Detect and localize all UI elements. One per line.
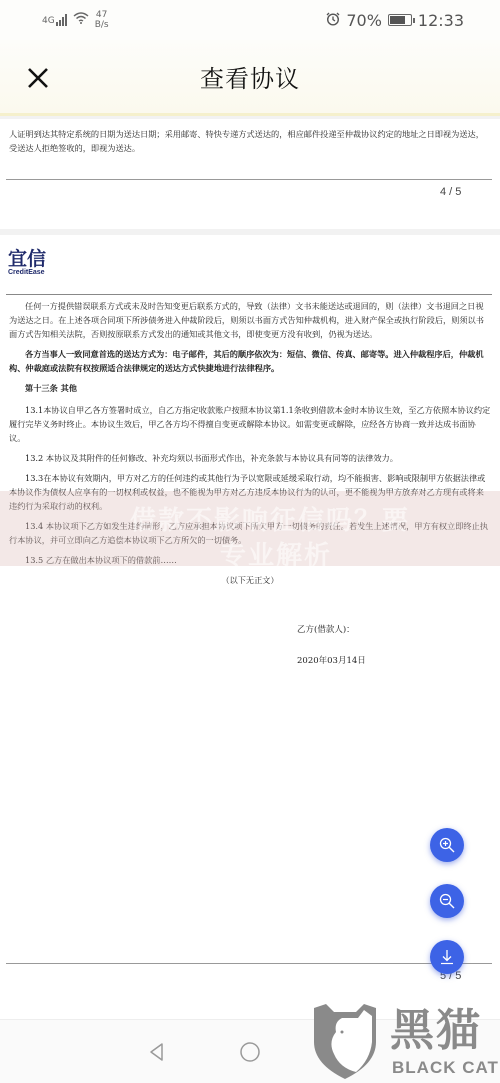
zoom-in-icon (438, 836, 456, 854)
page-number: 4 / 5 (440, 186, 461, 198)
zoom-out-icon (438, 892, 456, 910)
page-divider (6, 179, 492, 180)
clause: 13.3在本协议有效期内，甲方对乙方的任何违约或其他行为予以宽限或延缓采取行动，… (9, 471, 491, 513)
battery-icon (388, 14, 412, 26)
wifi-icon (73, 12, 89, 28)
close-icon (26, 66, 50, 90)
document-page-5: 宜信 CreditEase 任何一方提供错误联系方式或未及时告知变更后联系方式的… (0, 235, 500, 1019)
end-note: （以下无正文） (9, 573, 491, 587)
page-title: 查看协议 (200, 59, 300, 94)
page-divider (6, 963, 492, 964)
clause: 13.5 乙方在做出本协议项下的借款前…… (9, 553, 491, 567)
document-viewer[interactable]: 人证明到达其特定系统的日期为送达日期；采用邮寄、特快专递方式送达的，相应邮件投递… (0, 119, 500, 1019)
back-button[interactable] (144, 1039, 170, 1065)
clause: 13.2 本协议及其附件的任何修改、补充均须以书面形式作出，补充条款与本协议具有… (9, 451, 491, 465)
recents-icon (332, 1041, 354, 1063)
status-left: 4G 47 B/s (42, 10, 109, 30)
status-right: 70% 12:33 (326, 11, 464, 30)
nav-bar: 查看协议 (0, 40, 500, 116)
clause: 13.4 本协议项下乙方如发生违约情形，乙方应承担本协议项下所欠甲方一切债务的责… (9, 519, 491, 547)
home-icon (239, 1041, 261, 1063)
clause: 13.1本协议自甲乙各方签署时成立，自乙方指定收款账户按照本协议第1.1条收到借… (9, 403, 491, 445)
zoom-out-button[interactable] (430, 884, 464, 918)
paragraph: 各方当事人一致同意首选的送达方式为：电子邮件，其后的顺序依次为：短信、微信、传真… (9, 347, 491, 375)
system-nav-bar (0, 1019, 500, 1083)
header-divider (6, 294, 492, 295)
zoom-in-button[interactable] (430, 828, 464, 862)
back-icon (146, 1041, 168, 1063)
page4-text: 人证明到达其特定系统的日期为送达日期；采用邮寄、特快专递方式送达的，相应邮件投递… (9, 127, 491, 155)
page5-body: 任何一方提供错误联系方式或未及时告知变更后联系方式的，导致（法律）文书未能送达或… (9, 299, 491, 587)
party-b-label: 乙方(借款人)： (297, 623, 355, 635)
close-button[interactable] (22, 62, 54, 94)
recents-button[interactable] (330, 1039, 356, 1065)
alarm-icon (326, 11, 340, 30)
creditease-logo: 宜信 CreditEase (8, 249, 46, 276)
network-speed: 47 B/s (95, 10, 109, 30)
document-page-4: 人证明到达其特定系统的日期为送达日期；采用邮寄、特快专递方式送达的，相应邮件投递… (0, 119, 500, 229)
network-type: 4G (42, 16, 55, 26)
sign-date: 2020年03月14日 (297, 654, 366, 666)
signal-icon: 4G (42, 14, 67, 26)
download-icon (438, 948, 456, 966)
paragraph: 任何一方提供错误联系方式或未及时告知变更后联系方式的，导致（法律）文书未能送达或… (9, 299, 491, 341)
section-heading: 第十三条 其他 (9, 381, 491, 395)
download-button[interactable] (430, 940, 464, 974)
battery-percent: 70% (346, 11, 382, 30)
clock: 12:33 (418, 11, 464, 30)
status-bar: 4G 47 B/s 70% 12:33 (0, 0, 500, 40)
home-button[interactable] (237, 1039, 263, 1065)
